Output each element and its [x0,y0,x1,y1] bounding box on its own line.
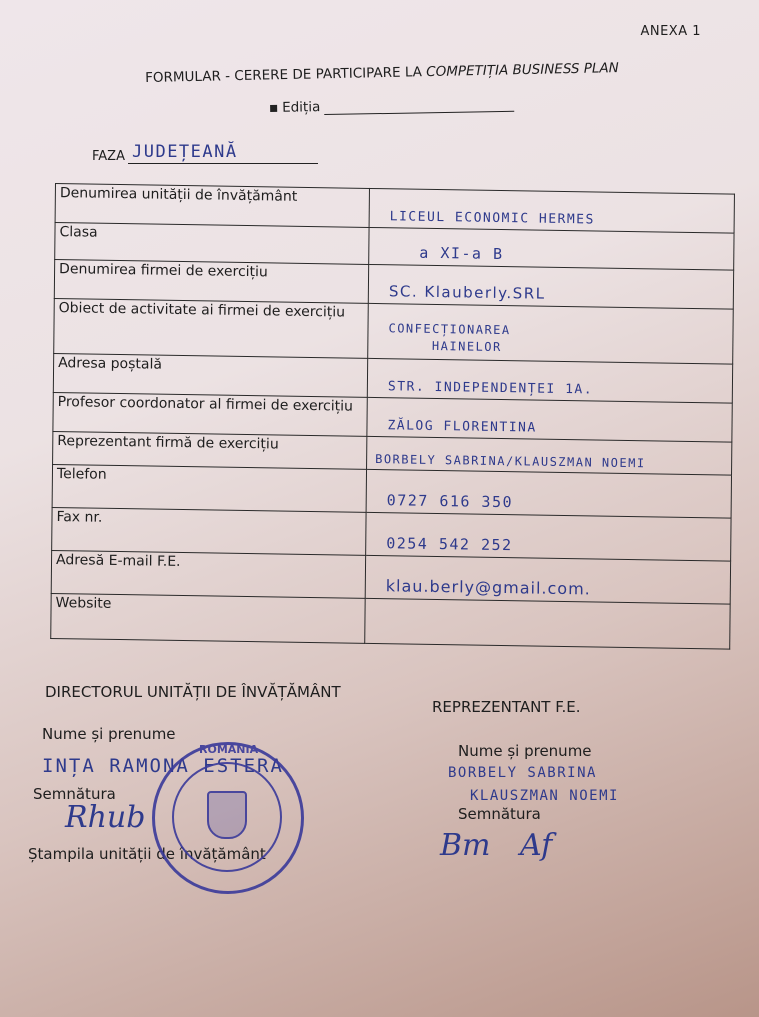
row-label: Reprezentant firmă de exercițiu [53,431,367,469]
row-value-cell[interactable]: SC. Klauberly.SRL [368,264,733,309]
director-section-title: DIRECTORUL UNITĂȚII DE ÎNVĂȚĂMÂNT [45,683,341,701]
row-value-cell[interactable]: STR. INDEPENDENȚEI 1A. [367,358,732,403]
form-title-italic: COMPETIȚIA BUSINESS PLAN [426,60,619,80]
phase-field: FAZAJUDEȚEANĂ [92,147,318,164]
edition-value[interactable] [324,99,514,115]
row-label: Adresă E-mail F.E. [51,550,365,598]
row-label: Fax nr. [52,507,366,555]
form-table: Denumirea unității de învățământLICEUL E… [50,183,745,650]
representative-name-2[interactable]: KLAUSZMAN NOEMI [470,788,619,804]
table-row: Website [51,593,730,649]
row-value: klau.berly@gmail.com. [386,576,591,598]
row-value: CONFECȚIONAREA HAINELOR [388,320,511,356]
bullet-icon [270,104,277,111]
coat-of-arms-icon [207,791,247,839]
stamp-top-text: ROMÂNIA [199,743,258,756]
row-label: Website [51,593,365,643]
director-name-label: Nume și prenume [42,725,176,743]
phase-label: FAZA [92,149,125,164]
phase-value: JUDEȚEANĂ [132,142,238,162]
row-value: a XI-a B [419,244,503,263]
row-value-cell[interactable]: 0254 542 252 [366,512,731,561]
annex-number: ANEXA 1 [640,24,701,39]
row-value: ZĂLOG FLORENTINA [387,418,536,435]
row-value: 0254 542 252 [386,534,513,554]
form-title-plain: FORMULAR - CERERE DE PARTICIPARE LA [145,64,426,86]
representative-signature-1[interactable]: Bm [440,828,491,863]
row-value: SC. Klauberly.SRL [389,282,546,302]
row-value: 0727 616 350 [387,491,514,511]
row-label: Clasa [55,223,369,265]
row-value-cell[interactable]: klau.berly@gmail.com. [365,555,730,604]
row-value: BORBELY SABRINA/KLAUSZMAN NOEMI [375,452,646,470]
representative-name-1[interactable]: BORBELY SABRINA [448,765,597,781]
form-title: FORMULAR - CERERE DE PARTICIPARE LA COMP… [145,60,619,86]
row-value-cell[interactable] [365,598,730,649]
phase-value-line[interactable]: JUDEȚEANĂ [128,147,318,164]
row-label: Profesor coordonator al firmei de exerci… [53,392,367,436]
row-value: STR. INDEPENDENȚEI 1A. [388,379,593,397]
row-value-cell[interactable]: CONFECȚIONAREA HAINELOR [368,303,734,364]
row-label: Telefon [52,464,366,512]
edition-field: Ediția [270,96,514,116]
row-value-cell[interactable]: LICEUL ECONOMIC HERMES [369,188,734,233]
edition-label: Ediția [282,99,320,116]
representative-name-label: Nume și prenume [458,742,592,760]
row-label: Denumirea unității de învățământ [55,184,369,228]
row-value: LICEUL ECONOMIC HERMES [390,209,595,227]
director-signature[interactable]: Rhub [65,800,145,835]
row-label: Adresa poștală [53,353,367,397]
row-label: Denumirea firmei de exercițiu [54,259,368,303]
row-label: Obiect de activitate ai firmei de exerci… [54,298,369,358]
representative-signature-label: Semnătura [458,805,541,823]
row-value-cell[interactable]: 0727 616 350 [366,469,731,518]
row-value-cell[interactable]: ZĂLOG FLORENTINA [367,397,732,442]
representative-section-title: REPREZENTANT F.E. [432,698,580,716]
row-value-cell[interactable]: a XI-a B [369,227,734,270]
official-stamp: ROMÂNIA [152,742,304,894]
representative-signature-2[interactable]: Af [520,828,552,863]
